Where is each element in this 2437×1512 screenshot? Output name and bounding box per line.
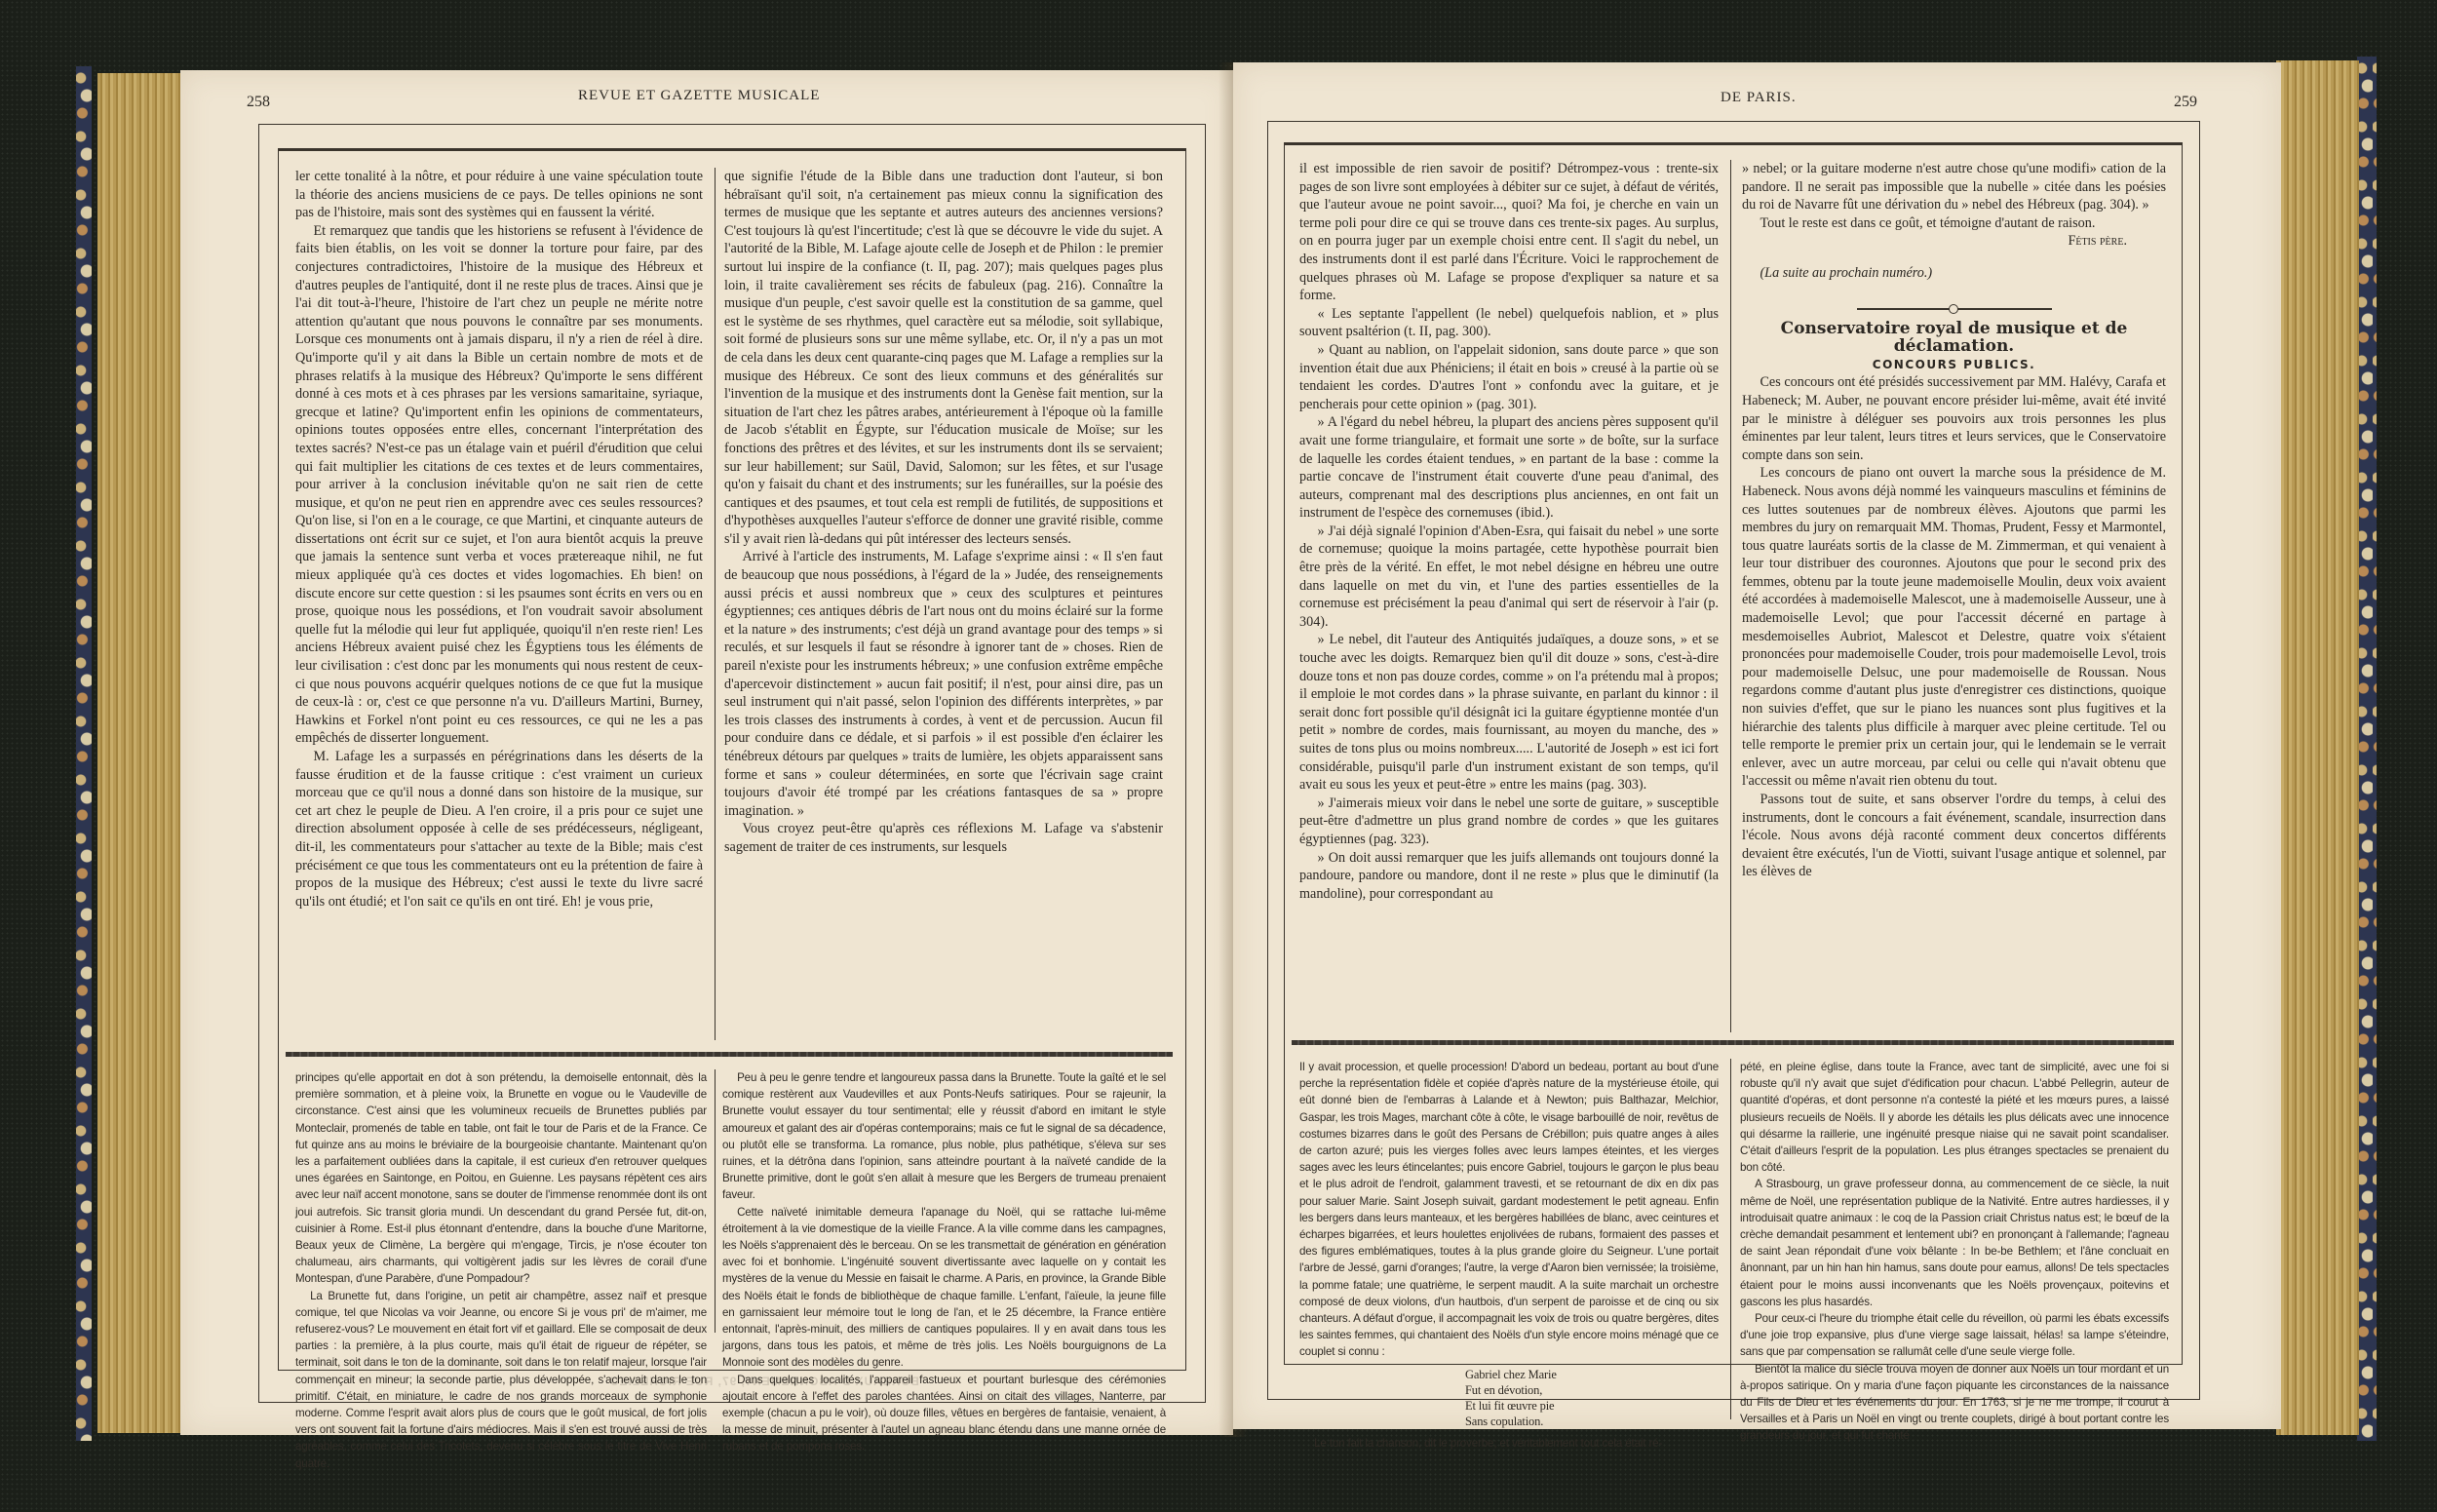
paragraph: » J'aimerais mieux voir dans le nebel un… xyxy=(1299,795,1719,849)
paragraph: Et remarquez que tandis que les historie… xyxy=(295,222,703,748)
feuilleton-column-2: pété, en pleine église, dans toute la Fr… xyxy=(1740,1059,2169,1445)
paragraph: Pour ceux-ci l'heure du triomphe était c… xyxy=(1740,1310,2169,1361)
author-signature: Fétis père. xyxy=(1742,232,2127,251)
column-rule xyxy=(1730,1059,1731,1419)
marbled-binding-right xyxy=(2357,57,2377,1441)
right-page: DE PARIS. 259 il est impossible de rien … xyxy=(1233,62,2281,1429)
marbled-binding-left xyxy=(76,66,92,1441)
paragraph: » On doit aussi remarquer que les juifs … xyxy=(1299,849,1719,904)
feuilleton-column-1: Il y avait procession, et quelle process… xyxy=(1299,1059,1719,1452)
paragraph: ler cette tonalité à la nôtre, et pour r… xyxy=(295,168,703,222)
paragraph: M. Lafage les a surpassés en pérégrinati… xyxy=(295,748,703,911)
paragraph: Il y avait procession, et quelle process… xyxy=(1299,1059,1719,1361)
article-column-2: que signifie l'étude de la Bible dans un… xyxy=(724,168,1163,857)
paragraph: » Quant au nablion, on l'appelait sidoni… xyxy=(1299,341,1719,413)
paragraph: » nebel; or la guitare moderne n'est aut… xyxy=(1742,160,2166,214)
article-column-1: il est impossible de rien savoir de posi… xyxy=(1299,160,1719,903)
page-edges-left xyxy=(97,73,185,1433)
column-rule xyxy=(715,168,716,1040)
paragraph: A Strasbourg, un grave professeur donna,… xyxy=(1740,1176,2169,1310)
article-column-2: » nebel; or la guitare moderne n'est aut… xyxy=(1742,160,2166,881)
paragraph: » Le nebel, dit l'auteur des Antiquités … xyxy=(1299,631,1719,794)
paragraph: Peu à peu le genre tendre et langoureux … xyxy=(722,1069,1166,1204)
feuilleton-column-2: Peu à peu le genre tendre et langoureux … xyxy=(722,1069,1166,1455)
bleed-through-text: BUREAUX D'ABONNEMENT, 97, RUE RICHELIEU xyxy=(609,1375,919,1388)
paragraph: Vous croyez peut-être qu'après ces réfle… xyxy=(724,820,1163,856)
poem-line: Fut en dévotion, xyxy=(1465,1382,1719,1398)
ornament-rule-icon xyxy=(1857,308,2052,310)
running-head: DE PARIS. xyxy=(1721,90,1797,106)
column-rule xyxy=(1730,160,1731,1032)
paragraph: Passons tout de suite, et sans observer … xyxy=(1742,791,2166,881)
continued-note: (La suite au prochain numéro.) xyxy=(1742,264,2166,283)
section-subtitle: CONCOURS PUBLICS. xyxy=(1742,356,2166,374)
column-rule xyxy=(715,1069,716,1333)
paragraph: pété, en pleine église, dans toute la Fr… xyxy=(1740,1059,2169,1176)
paragraph: Bientôt la malice du siècle trouva moyen… xyxy=(1740,1361,2169,1445)
page-number: 259 xyxy=(2174,94,2197,111)
poem-line: Gabriel chez Marie xyxy=(1465,1367,1719,1382)
poem-line: Et lui fit œuvre pie xyxy=(1465,1398,1719,1414)
poem-line: Sans copulation. xyxy=(1465,1414,1719,1429)
feuilleton-column-1: principes qu'elle apportait en dot à son… xyxy=(295,1069,707,1472)
paragraph: Le ton fait la chanson, dit le proverbe;… xyxy=(1299,1435,1719,1452)
paragraph: que signifie l'étude de la Bible dans un… xyxy=(724,168,1163,548)
feuilleton-separator xyxy=(1292,1040,2174,1045)
paragraph: principes qu'elle apportait en dot à son… xyxy=(295,1069,707,1288)
paragraph: Cette naïveté inimitable demeura l'apana… xyxy=(722,1204,1166,1372)
section-title: Conservatoire royal de musique et de déc… xyxy=(1742,320,2166,356)
paragraph: Tout le reste est dans ce goût, et témoi… xyxy=(1742,214,2166,233)
running-head: REVUE ET GAZETTE MUSICALE xyxy=(578,88,820,104)
left-page: 258 REVUE ET GAZETTE MUSICALE ler cette … xyxy=(180,70,1233,1435)
paragraph: il est impossible de rien savoir de posi… xyxy=(1299,160,1719,305)
paragraph: Arrivé à l'article des instruments, M. L… xyxy=(724,548,1163,820)
page-edges-right xyxy=(2276,60,2359,1435)
paragraph: Les concours de piano ont ouvert la marc… xyxy=(1742,464,2166,791)
feuilleton-separator xyxy=(286,1052,1173,1057)
article-column-1: ler cette tonalité à la nôtre, et pour r… xyxy=(295,168,703,911)
paragraph: « Les septante l'appellent (le nebel) qu… xyxy=(1299,305,1719,341)
page-number: 258 xyxy=(247,94,270,111)
paragraph: » A l'égard du nebel hébreu, la plupart … xyxy=(1299,413,1719,523)
paragraph: Ces concours ont été présidés successive… xyxy=(1742,373,2166,464)
paragraph: » J'ai déjà signalé l'opinion d'Aben-Esr… xyxy=(1299,523,1719,632)
